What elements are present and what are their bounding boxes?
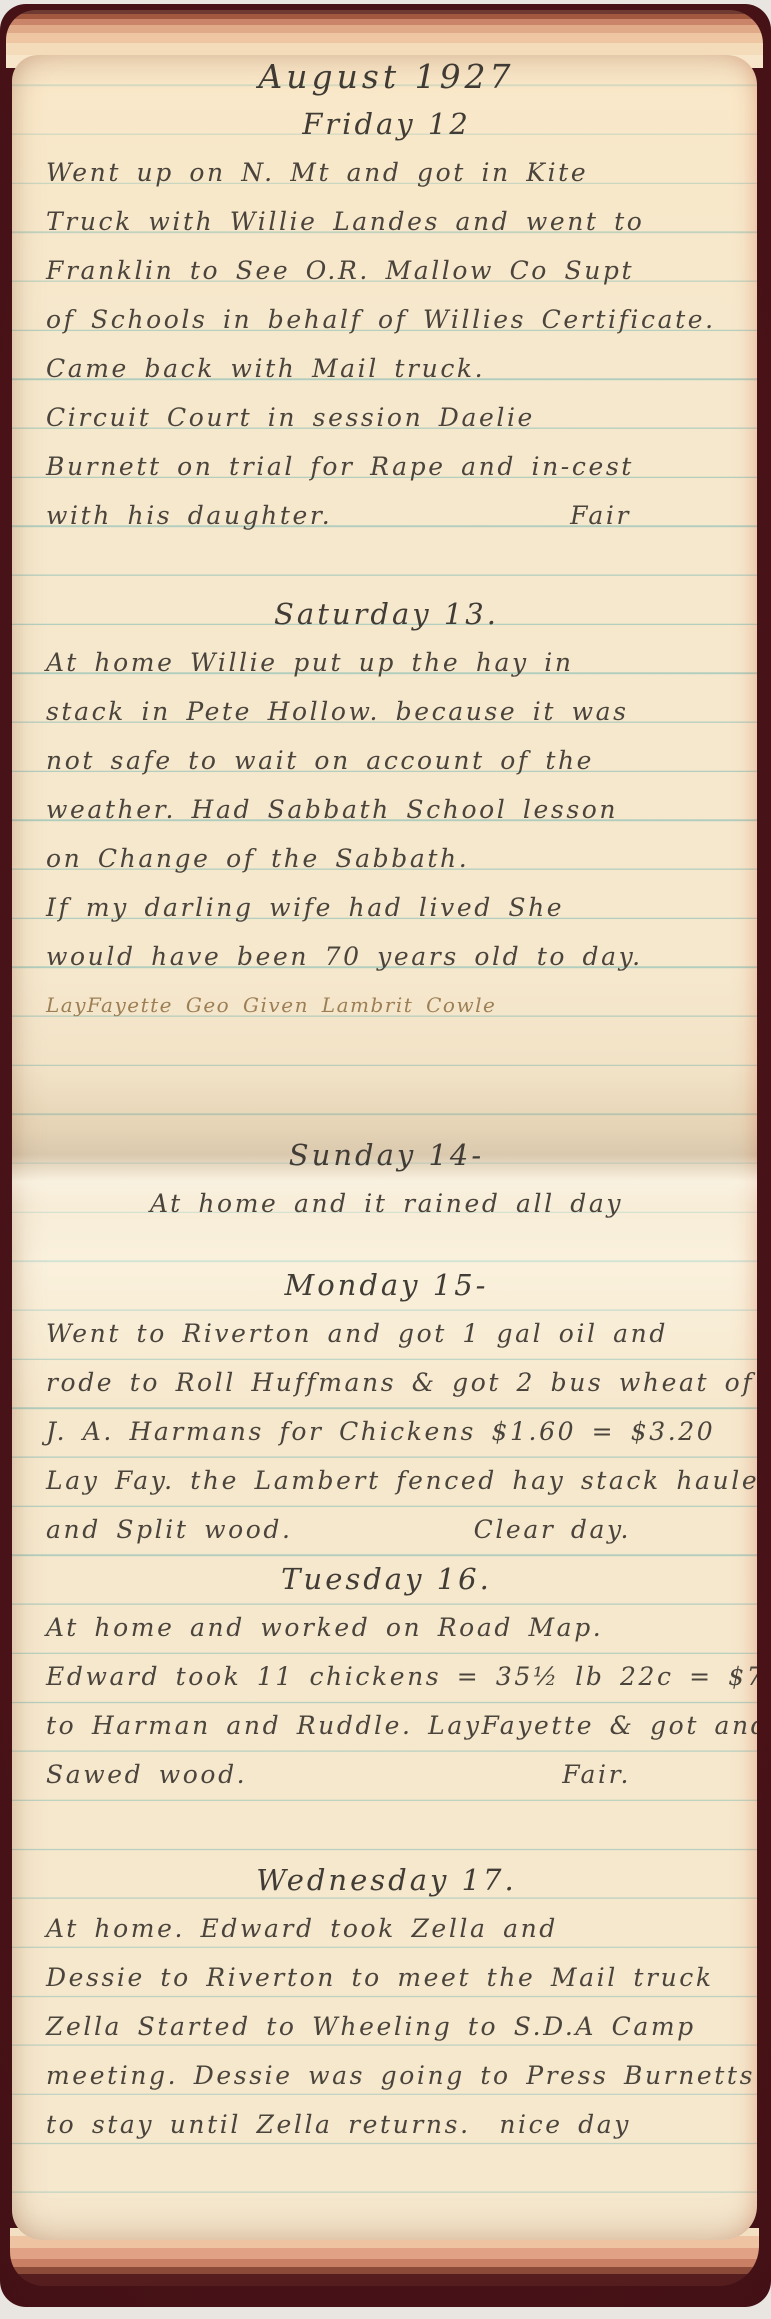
entry-heading: Friday 12 xyxy=(46,91,727,140)
diary-page: August 1927 Friday 12 Went up on N. Mt a… xyxy=(12,55,757,2240)
entry-line: weather. Had Sabbath School lesson xyxy=(46,777,727,826)
diary-entry: Friday 12 Went up on N. Mt and got in Ki… xyxy=(46,91,727,532)
entry-line-text: stack in Pete Hollow. because it was xyxy=(46,700,629,724)
entry-line-text: Franklin to See O.R. Mallow Co Supt xyxy=(46,259,634,283)
diary-entry: Tuesday 16. At home and worked on Road M… xyxy=(46,1546,727,1791)
entry-line-text: Truck with Willie Landes and went to xyxy=(46,210,644,234)
entry-line: with his daughter.Fair xyxy=(46,483,727,532)
entry-line-text: Circuit Court in session Daelie xyxy=(46,406,535,430)
weather-note: nice day xyxy=(499,2113,631,2137)
entry-line-text: Edward took 11 chickens = 35½ lb 22c = $… xyxy=(46,1665,757,1689)
entry-heading: Saturday 13. xyxy=(46,581,727,630)
entry-line-text: of Schools in behalf of Willies Certific… xyxy=(46,308,716,332)
entry-line-text: with his daughter. xyxy=(46,504,332,528)
entry-line: Truck with Willie Landes and went to xyxy=(46,189,727,238)
entry-line-text: If my darling wife had lived She xyxy=(46,896,564,920)
entry-line: of Schools in behalf of Willies Certific… xyxy=(46,287,727,336)
entry-line-text: LayFayette Geo Given Lambrit Cowle xyxy=(46,996,496,1015)
entry-line-text: rode to Roll Huffmans & got 2 bus wheat … xyxy=(46,1371,754,1395)
entry-line: Sawed wood.Fair. xyxy=(46,1742,727,1791)
entry-line-text: not safe to wait on account of the xyxy=(46,749,594,773)
entry-line: would have been 70 years old to day. xyxy=(46,924,727,973)
entry-line: not safe to wait on account of the xyxy=(46,728,727,777)
weather-note: Clear day. xyxy=(474,1518,631,1542)
entry-line: Edward took 11 chickens = 35½ lb 22c = $… xyxy=(46,1644,727,1693)
entry-line-text: At home. Edward took Zella and xyxy=(46,1917,558,1941)
memorial-note-line: LayFayette Geo Given Lambrit Cowle xyxy=(46,973,727,1022)
entry-line: on Change of the Sabbath. xyxy=(46,826,727,875)
entry-line: stack in Pete Hollow. because it was xyxy=(46,679,727,728)
entry-line: At home and worked on Road Map. xyxy=(46,1595,727,1644)
diary-entry: Saturday 13. At home Willie put up the h… xyxy=(46,581,727,1022)
entry-line: Went to Riverton and got 1 gal oil and xyxy=(46,1301,727,1350)
entry-line-text: At home Willie put up the hay in xyxy=(46,651,574,675)
weather-note: Fair. xyxy=(562,1763,631,1787)
entry-line-text: At home and it rained all day xyxy=(150,1192,623,1216)
entry-line-text: Dessie to Riverton to meet the Mail truc… xyxy=(46,1966,714,1990)
diary-entry: Monday 15- Went to Riverton and got 1 ga… xyxy=(46,1252,727,1546)
entry-line: If my darling wife had lived She xyxy=(46,875,727,924)
entry-heading: Wednesday 17. xyxy=(46,1847,727,1896)
entry-line-text: to Harman and Ruddle. LayFayette & got a… xyxy=(46,1714,757,1738)
entry-line-text: to stay until Zella returns. xyxy=(46,2113,471,2137)
entry-line: At home and it rained all day xyxy=(46,1171,727,1220)
entry-heading: Tuesday 16. xyxy=(46,1546,727,1595)
entry-line-text: meeting. Dessie was going to Press Burne… xyxy=(46,2064,755,2088)
entry-line-text: Lay Fay. the Lambert fenced hay stack ha… xyxy=(46,1469,757,1493)
entry-line-text: Zella Started to Wheeling to S.D.A Camp xyxy=(46,2015,696,2039)
entry-line: Lay Fay. the Lambert fenced hay stack ha… xyxy=(46,1448,727,1497)
entry-line: to stay until Zella returns.nice day xyxy=(46,2092,727,2141)
entry-heading: Monday 15- xyxy=(46,1252,727,1301)
entry-line: Burnett on trial for Rape and in-cest xyxy=(46,434,727,483)
month-year-title: August 1927 xyxy=(46,61,727,91)
entry-line-text: Went to Riverton and got 1 gal oil and xyxy=(46,1322,668,1346)
entry-line: At home Willie put up the hay in xyxy=(46,630,727,679)
diary-entry: Wednesday 17. At home. Edward took Zella… xyxy=(46,1847,727,2141)
entry-line-text: on Change of the Sabbath. xyxy=(46,847,469,871)
entry-line: Came back with Mail truck. xyxy=(46,336,727,385)
diary-scan: August 1927 Friday 12 Went up on N. Mt a… xyxy=(0,0,771,2319)
entry-line: meeting. Dessie was going to Press Burne… xyxy=(46,2043,727,2092)
entry-line: Circuit Court in session Daelie xyxy=(46,385,727,434)
diary-entry: Sunday 14- At home and it rained all day xyxy=(46,1122,727,1220)
entry-line-text: weather. Had Sabbath School lesson xyxy=(46,798,618,822)
entry-line: J. A. Harmans for Chickens $1.60 = $3.20 xyxy=(46,1399,727,1448)
entry-line-text: J. A. Harmans for Chickens $1.60 = $3.20 xyxy=(46,1420,715,1444)
entry-line-text: and Split wood. xyxy=(46,1518,293,1542)
entry-line-text: Came back with Mail truck. xyxy=(46,357,485,381)
entry-line: Went up on N. Mt and got in Kite xyxy=(46,140,727,189)
entry-line-text: Went up on N. Mt and got in Kite xyxy=(46,161,588,185)
entry-line-text: At home and worked on Road Map. xyxy=(46,1616,603,1640)
page-content: August 1927 Friday 12 Went up on N. Mt a… xyxy=(12,55,757,2141)
weather-note: Fair xyxy=(570,504,631,528)
entry-line: Dessie to Riverton to meet the Mail truc… xyxy=(46,1945,727,1994)
entry-line: and Split wood.Clear day. xyxy=(46,1497,727,1546)
entry-line-text: would have been 70 years old to day. xyxy=(46,945,643,969)
entries: Friday 12 Went up on N. Mt and got in Ki… xyxy=(46,91,727,2141)
entry-line: to Harman and Ruddle. LayFayette & got a… xyxy=(46,1693,727,1742)
entry-heading: Sunday 14- xyxy=(46,1122,727,1171)
entry-line-text: Sawed wood. xyxy=(46,1763,247,1787)
entry-line: rode to Roll Huffmans & got 2 bus wheat … xyxy=(46,1350,727,1399)
entry-line-text: Burnett on trial for Rape and in-cest xyxy=(46,455,634,479)
entry-line: At home. Edward took Zella and xyxy=(46,1896,727,1945)
entry-line: Franklin to See O.R. Mallow Co Supt xyxy=(46,238,727,287)
entry-line: Zella Started to Wheeling to S.D.A Camp xyxy=(46,1994,727,2043)
